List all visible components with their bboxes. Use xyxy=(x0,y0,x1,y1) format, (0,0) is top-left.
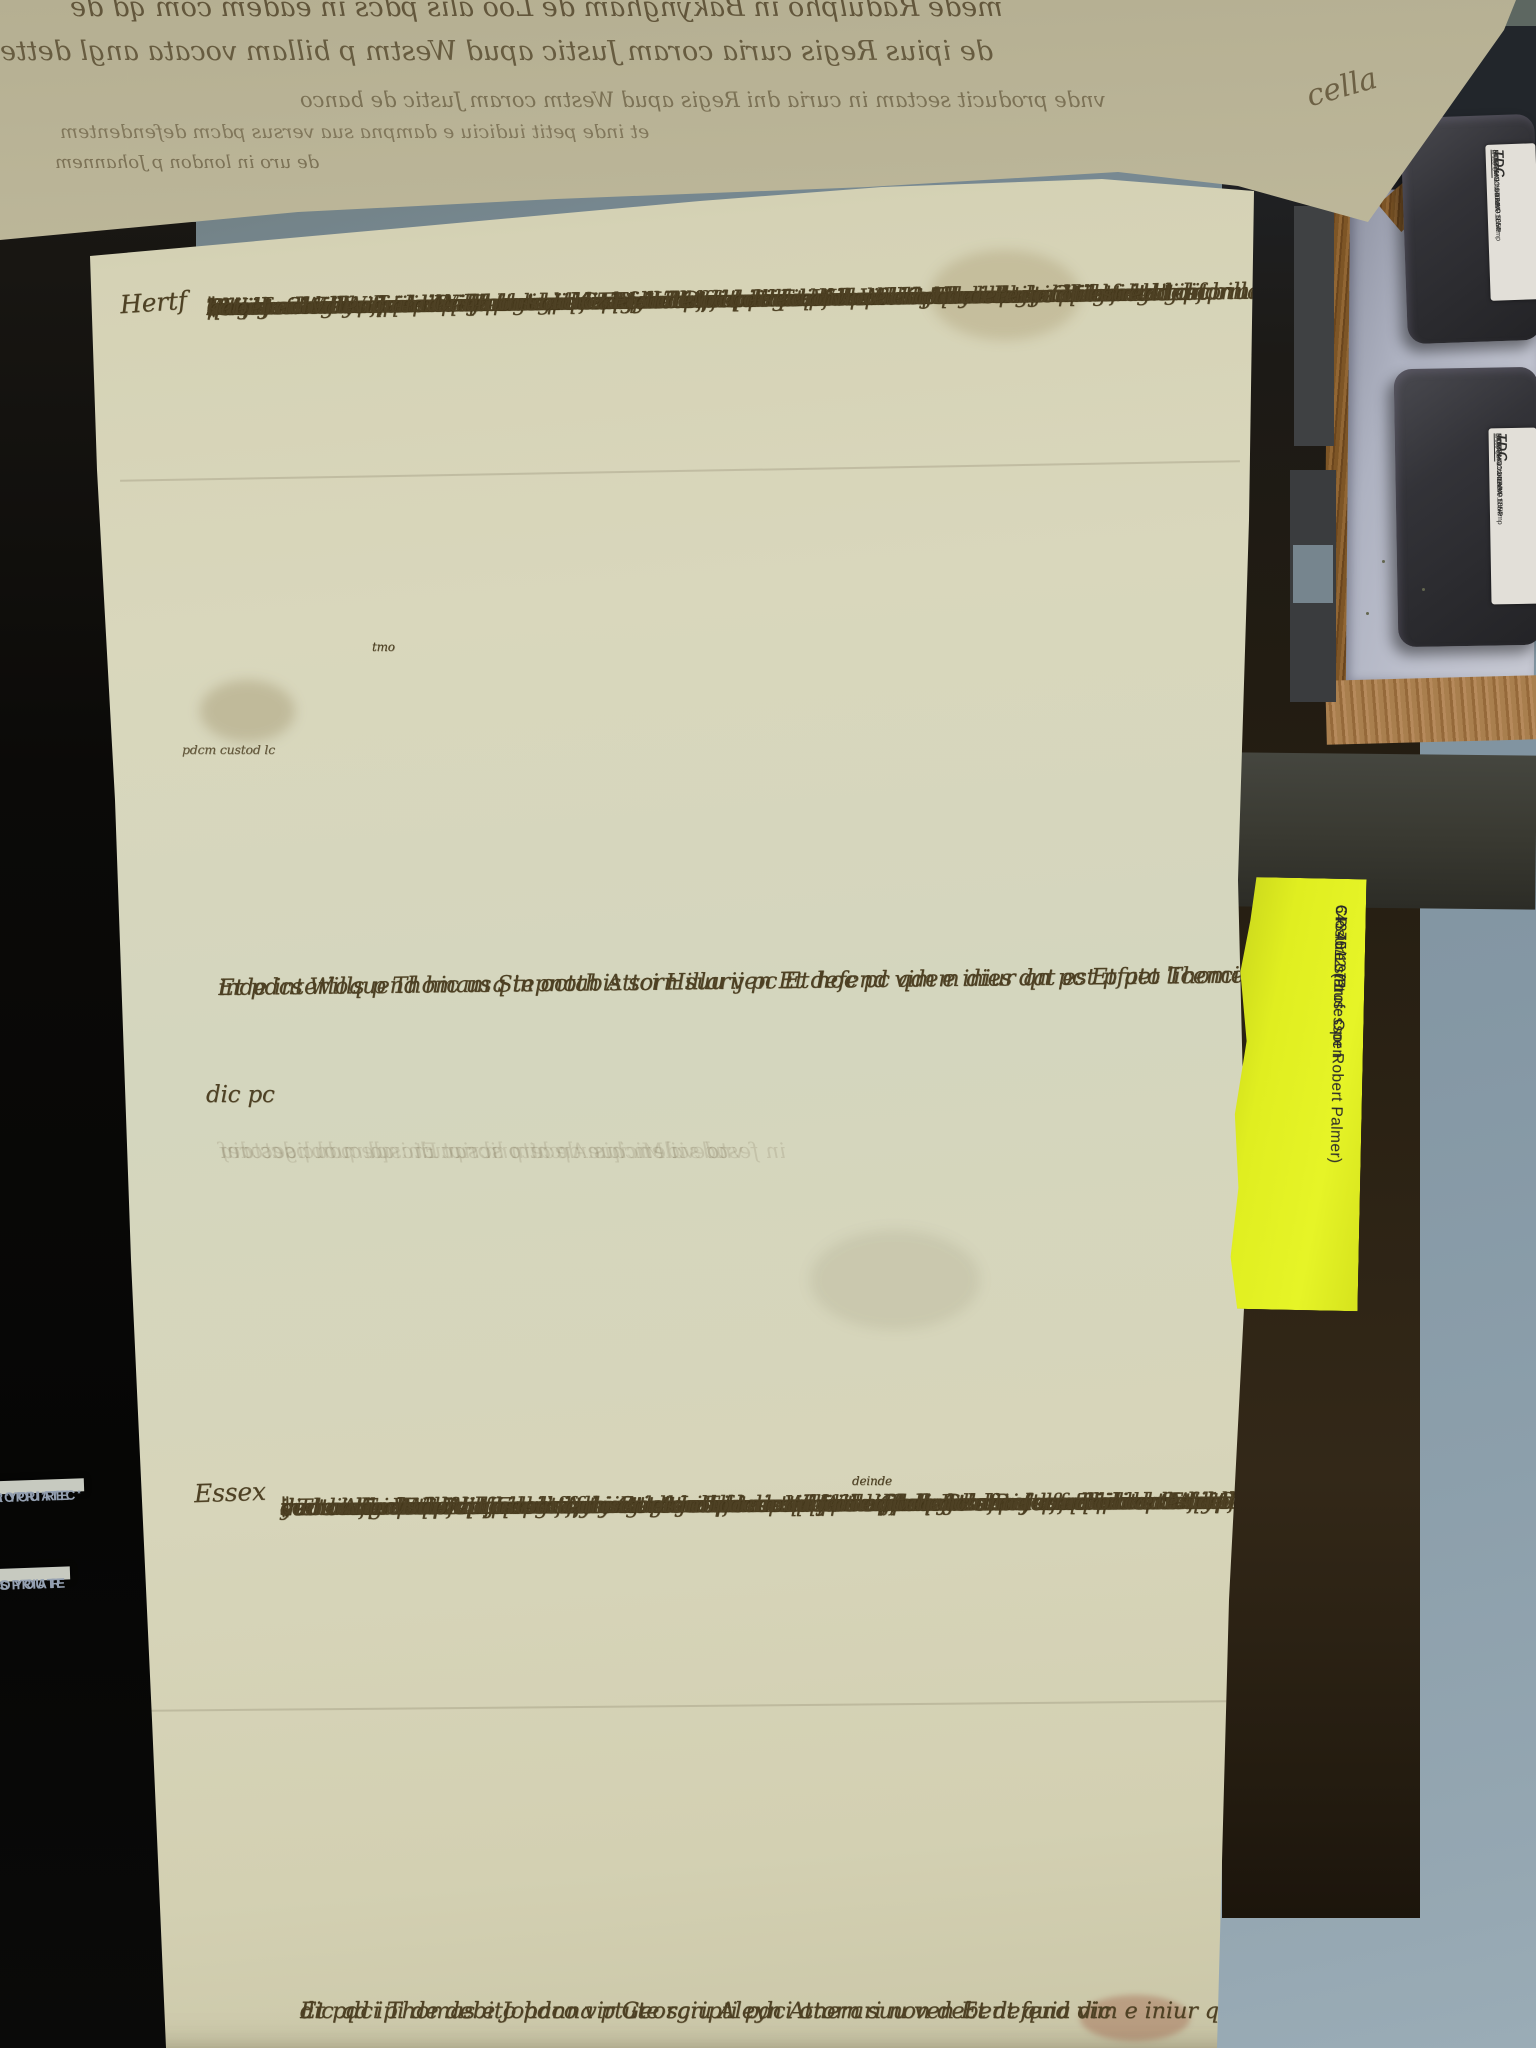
archival-reference-sticker: CP 40/1071 6437512 (Professor Robert Pal… xyxy=(1229,877,1366,1312)
parchment-stain xyxy=(200,680,295,742)
device-label: TDC MODEL NO : DBBA-11WP EINGANG : 240VA… xyxy=(1488,428,1536,605)
manuscript-line: habet ad valenciam Centum solidoz Et ind… xyxy=(206,272,876,332)
device-label-temp-note: ta 100°C xyxy=(1488,150,1497,172)
warning-label-partial: ROPRIATE ES YOU R xyxy=(0,1566,70,1582)
interlinear-addition: tmo xyxy=(372,640,395,654)
dust-speck xyxy=(1382,560,1385,563)
county-margin-hertf: Hertf xyxy=(119,286,188,320)
fold-mirrored-line: de ipius Regis curia coram Justic apud W… xyxy=(0,36,993,67)
parchment-stain xyxy=(810,1230,980,1330)
fold-mirrored-line: de uro in london p Johannem xyxy=(55,152,319,173)
parchment-crease xyxy=(150,1700,1230,1711)
manuscript-line: dic qd ipi de debito pdco virtute script… xyxy=(300,1990,1111,2032)
entry2-text-block: ∥ Thomas Webb nup de hardyng att cokf in… xyxy=(280,1480,1240,1487)
warning-label-text: ES YOU R xyxy=(0,1574,62,1596)
entry1-final-words: dic pc xyxy=(206,1082,275,1108)
photo-manuscript-scene: TDC MODEL NO : DBBA-11WP EINGANG : 240VA… xyxy=(0,0,1536,2048)
fold-mirrored-line: et inde petit iudiciu e dampna sua versu… xyxy=(60,121,649,143)
manuscript-line: die e Anno supradcis pc xyxy=(280,1485,549,1528)
manuscript-line: inde interloquend hic usq in octabis sci… xyxy=(218,950,1244,1013)
dust-speck xyxy=(1366,612,1369,615)
device-label-temp-note: ta 100°C xyxy=(1492,433,1501,455)
sticker-closure-status: Closure status: Open xyxy=(1323,905,1354,1059)
entry1-text-block: ∥ Wills Sandyssho nup de london Gentylma… xyxy=(206,266,1266,283)
ghost-line: ad valenciam decem librar Et inde pduc s… xyxy=(220,1128,728,1174)
board-wood-edge-bottom xyxy=(1325,675,1536,745)
dust-speck xyxy=(1422,588,1425,591)
foam-strip xyxy=(1294,206,1334,446)
fold-mirrored-line: mede Radulpho in Bakyngham de Loo alis p… xyxy=(70,0,1003,23)
entry1-closing-block: Et pdcs Wills p Thomam Stepnoth Attorn s… xyxy=(218,950,1258,963)
parchment-crease xyxy=(120,460,1240,482)
sticker-text: CP 40/1071 6437512 (Professor Robert Pal… xyxy=(1230,903,1366,1306)
device-label: TDC MODEL NO : DBBA-11WP EINGANG : 240VA… xyxy=(1485,143,1536,301)
interlinear-addition: pdcm custod lc xyxy=(182,742,275,757)
fold-mirrored-line: vnde producit sectam in curia dni Regis … xyxy=(300,88,1106,112)
county-margin-essex: Essex xyxy=(194,1477,267,1508)
table-gap xyxy=(1293,545,1333,603)
warning-label-partial: ROPRIATE S YOU REC * * * * * * * * xyxy=(0,1478,84,1494)
